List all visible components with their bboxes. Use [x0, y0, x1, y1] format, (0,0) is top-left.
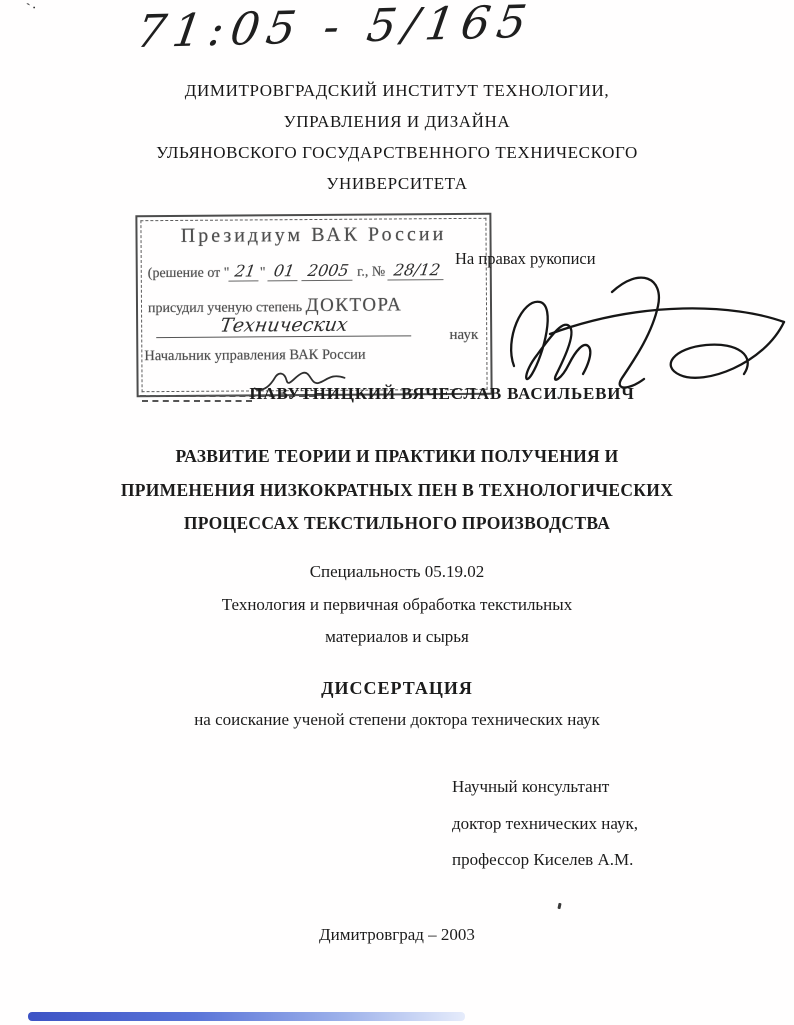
consultant-line: Научный консультант	[452, 769, 638, 806]
handwritten-inventory-number: 71:05 - 5/165	[133, 0, 537, 58]
stamp-field-suffix: наук	[449, 327, 478, 344]
institute-header-line: УЛЬЯНОВСКОГО ГОСУДАРСТВЕННОГО ТЕХНИЧЕСКО…	[0, 137, 794, 168]
vak-approval-stamp: Президиум ВАК России (решение от "21" 01…	[135, 213, 492, 397]
institute-header-line: ДИМИТРОВГРАДСКИЙ ИНСТИТУТ ТЕХНОЛОГИИ,	[0, 75, 794, 106]
specialty-line: материалов и сырья	[0, 621, 794, 654]
stamp-field-line: Технических	[156, 315, 411, 338]
stamp-number-label: г., №	[357, 265, 385, 280]
scan-speck	[557, 903, 561, 909]
dissertation-title-line: ПРИМЕНЕНИЯ НИЗКОКРАТНЫХ ПЕН В ТЕХНОЛОГИЧ…	[0, 474, 794, 508]
author-name: ПАВУТНИЦКИЙ ВЯЧЕСЛАВ ВАСИЛЬЕВИЧ	[90, 384, 794, 404]
dissertation-heading: ДИССЕРТАЦИЯ	[0, 678, 794, 699]
author-signature	[492, 262, 792, 402]
scanned-title-page: ˋ· 71:05 - 5/165 ДИМИТРОВГРАДСКИЙ ИНСТИТ…	[0, 0, 794, 1025]
stamp-handwritten-month: 01	[268, 263, 301, 281]
dissertation-title-line: ПРОЦЕССАХ ТЕКСТИЛЬНОГО ПРОИЗВОДСТВА	[0, 507, 794, 541]
consultant-block: Научный консультант доктор технических н…	[452, 769, 638, 879]
consultant-line: доктор технических наук,	[452, 806, 638, 843]
stamp-handwritten-number: 28/12	[387, 262, 446, 280]
dissertation-subtitle: на соискание ученой степени доктора техн…	[0, 710, 794, 730]
signature-flourish-icon	[492, 262, 792, 402]
specialty-block: Специальность 05.19.02 Технология и перв…	[0, 556, 794, 654]
stamp-handwritten-year: 2005	[302, 263, 355, 281]
stamp-decision-prefix: (решение от "	[148, 266, 230, 282]
stamp-handwritten-field: Технических	[213, 316, 353, 337]
stamp-official-title: Начальник управления ВАК России	[144, 347, 365, 366]
consultant-line: профессор Киселев А.М.	[452, 842, 638, 879]
stamp-decision-line: (решение от "21" 01 2005 г., № 28/12	[148, 262, 445, 282]
bottom-gradient-bar	[28, 1012, 465, 1021]
institute-header-line: УНИВЕРСИТЕТА	[0, 168, 794, 199]
dissertation-title-line: РАЗВИТИЕ ТЕОРИИ И ПРАКТИКИ ПОЛУЧЕНИЯ И	[0, 440, 794, 474]
stamp-degree: ДОКТОРА	[306, 294, 403, 316]
specialty-line: Технология и первичная обработка текстил…	[0, 589, 794, 622]
stamp-handwritten-day: 21	[228, 263, 261, 281]
specialty-line: Специальность 05.19.02	[0, 556, 794, 589]
city-year-line: Димитровград – 2003	[0, 925, 794, 945]
institute-header-line: УПРАВЛЕНИЯ И ДИЗАЙНА	[0, 106, 794, 137]
dissertation-title: РАЗВИТИЕ ТЕОРИИ И ПРАКТИКИ ПОЛУЧЕНИЯ И П…	[0, 440, 794, 541]
institute-header: ДИМИТРОВГРАДСКИЙ ИНСТИТУТ ТЕХНОЛОГИИ, УП…	[0, 75, 794, 199]
stamp-title: Президиум ВАК России	[137, 223, 489, 248]
scan-artifact-mark: ˋ·	[25, 0, 38, 19]
